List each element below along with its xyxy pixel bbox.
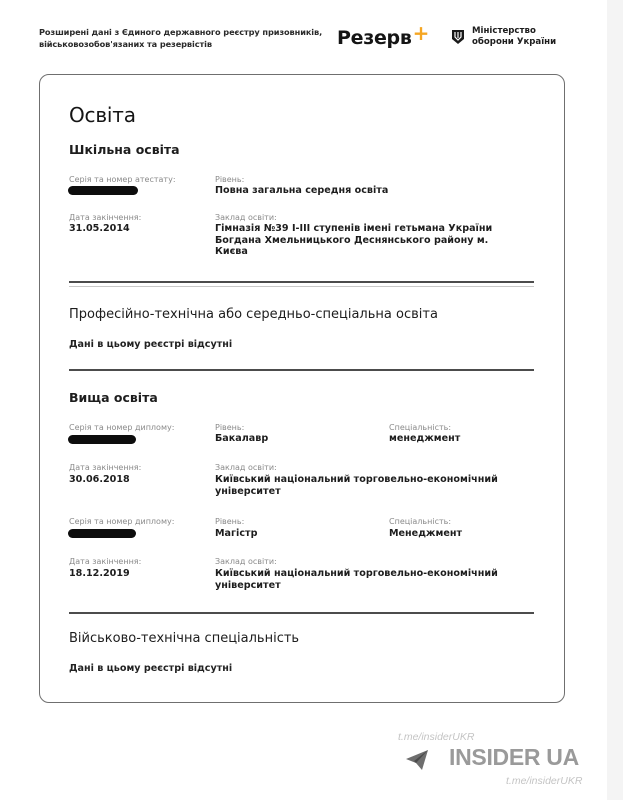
- higher-level-label: Рівень:: [215, 423, 244, 433]
- diploma-label: Серія та номер диплому:: [69, 423, 174, 433]
- header-description: Розширені дані з Єдиного державного реєс…: [39, 26, 329, 50]
- higher-institution-line1: Київський національний торговельно-еконо…: [215, 474, 498, 486]
- ministry-name-line2: оборони України: [472, 37, 556, 48]
- education-card: Освіта Шкільна освіта Серія та номер ате…: [39, 74, 565, 703]
- watermark-brand: INSIDER UA: [449, 744, 579, 771]
- vocational-section-title: Професійно-технічна або середньо-спеціал…: [69, 307, 438, 322]
- higher-institution-line2: університет: [215, 580, 498, 592]
- higher-institution-value: Київський національний торговельно-еконо…: [215, 568, 498, 591]
- header-description-line2: військовозобов'язаних та резервістів: [39, 38, 329, 50]
- school-institution-value: Гімназія №39 І-ІІІ ступенів імені гетьма…: [215, 223, 492, 258]
- certificate-label: Серія та номер атестату:: [69, 175, 176, 185]
- page-edge-strip: [607, 0, 623, 800]
- higher-institution-label: Заклад освіти:: [215, 557, 277, 567]
- higher-level-value: Бакалавр: [215, 433, 268, 445]
- higher-level-value: Магістр: [215, 528, 257, 540]
- specialty-label: Спеціальність:: [389, 423, 451, 433]
- specialty-value: менеджмент: [389, 433, 460, 445]
- school-institution-line1: Гімназія №39 І-ІІІ ступенів імені гетьма…: [215, 223, 492, 235]
- brand-name: Резерв: [337, 27, 412, 49]
- reserve-plus-logo: Резерв+: [337, 26, 429, 49]
- certificate-number-redacted: [68, 186, 138, 195]
- higher-institution-line2: університет: [215, 486, 498, 498]
- higher-end-date-label: Дата закінчення:: [69, 463, 141, 473]
- school-institution-label: Заклад освіти:: [215, 213, 277, 223]
- diploma-number-redacted: [68, 435, 136, 444]
- school-end-date-value: 31.05.2014: [69, 223, 130, 235]
- header-description-line1: Розширені дані з Єдиного державного реєс…: [39, 26, 329, 38]
- diploma-number-redacted: [68, 529, 136, 538]
- section-divider: [69, 281, 534, 283]
- higher-end-date-label: Дата закінчення:: [69, 557, 141, 567]
- telegram-icon: [405, 749, 429, 771]
- higher-end-date-value: 18.12.2019: [69, 568, 130, 580]
- vocational-empty-message: Дані в цьому реєстрі відсутні: [69, 339, 232, 350]
- school-level-label: Рівень:: [215, 175, 244, 185]
- document-header: Розширені дані з Єдиного державного реєс…: [39, 26, 579, 56]
- watermark-link-top: t.me/insiderUKR: [398, 731, 474, 743]
- military-empty-message: Дані в цьому реєстрі відсутні: [69, 663, 232, 674]
- section-divider-thin: [69, 286, 534, 287]
- higher-end-date-value: 30.06.2018: [69, 474, 130, 486]
- section-divider: [69, 369, 534, 371]
- school-institution-line3: Києва: [215, 246, 492, 258]
- ministry-name: Міністерство оборони України: [472, 26, 556, 48]
- military-section-title: Військово-технічна спеціальність: [69, 631, 299, 646]
- school-level-value: Повна загальна середня освіта: [215, 185, 388, 197]
- ministry-emblem-icon: [451, 29, 465, 45]
- diploma-label: Серія та номер диплому:: [69, 517, 174, 527]
- page-title: Освіта: [69, 103, 136, 127]
- section-divider: [69, 612, 534, 614]
- specialty-label: Спеціальність:: [389, 517, 451, 527]
- school-end-date-label: Дата закінчення:: [69, 213, 141, 223]
- school-section-title: Шкільна освіта: [69, 142, 180, 157]
- brand-plus-icon: +: [413, 21, 429, 45]
- specialty-value: Менеджмент: [389, 528, 462, 540]
- higher-level-label: Рівень:: [215, 517, 244, 527]
- school-institution-line2: Богдана Хмельницького Деснянського район…: [215, 235, 492, 247]
- higher-institution-label: Заклад освіти:: [215, 463, 277, 473]
- higher-institution-line1: Київський національний торговельно-еконо…: [215, 568, 498, 580]
- higher-institution-value: Київський національний торговельно-еконо…: [215, 474, 498, 497]
- watermark-link-bottom: t.me/insiderUKR: [506, 775, 582, 787]
- higher-section-title: Вища освіта: [69, 390, 158, 405]
- ministry-name-line1: Міністерство: [472, 26, 556, 37]
